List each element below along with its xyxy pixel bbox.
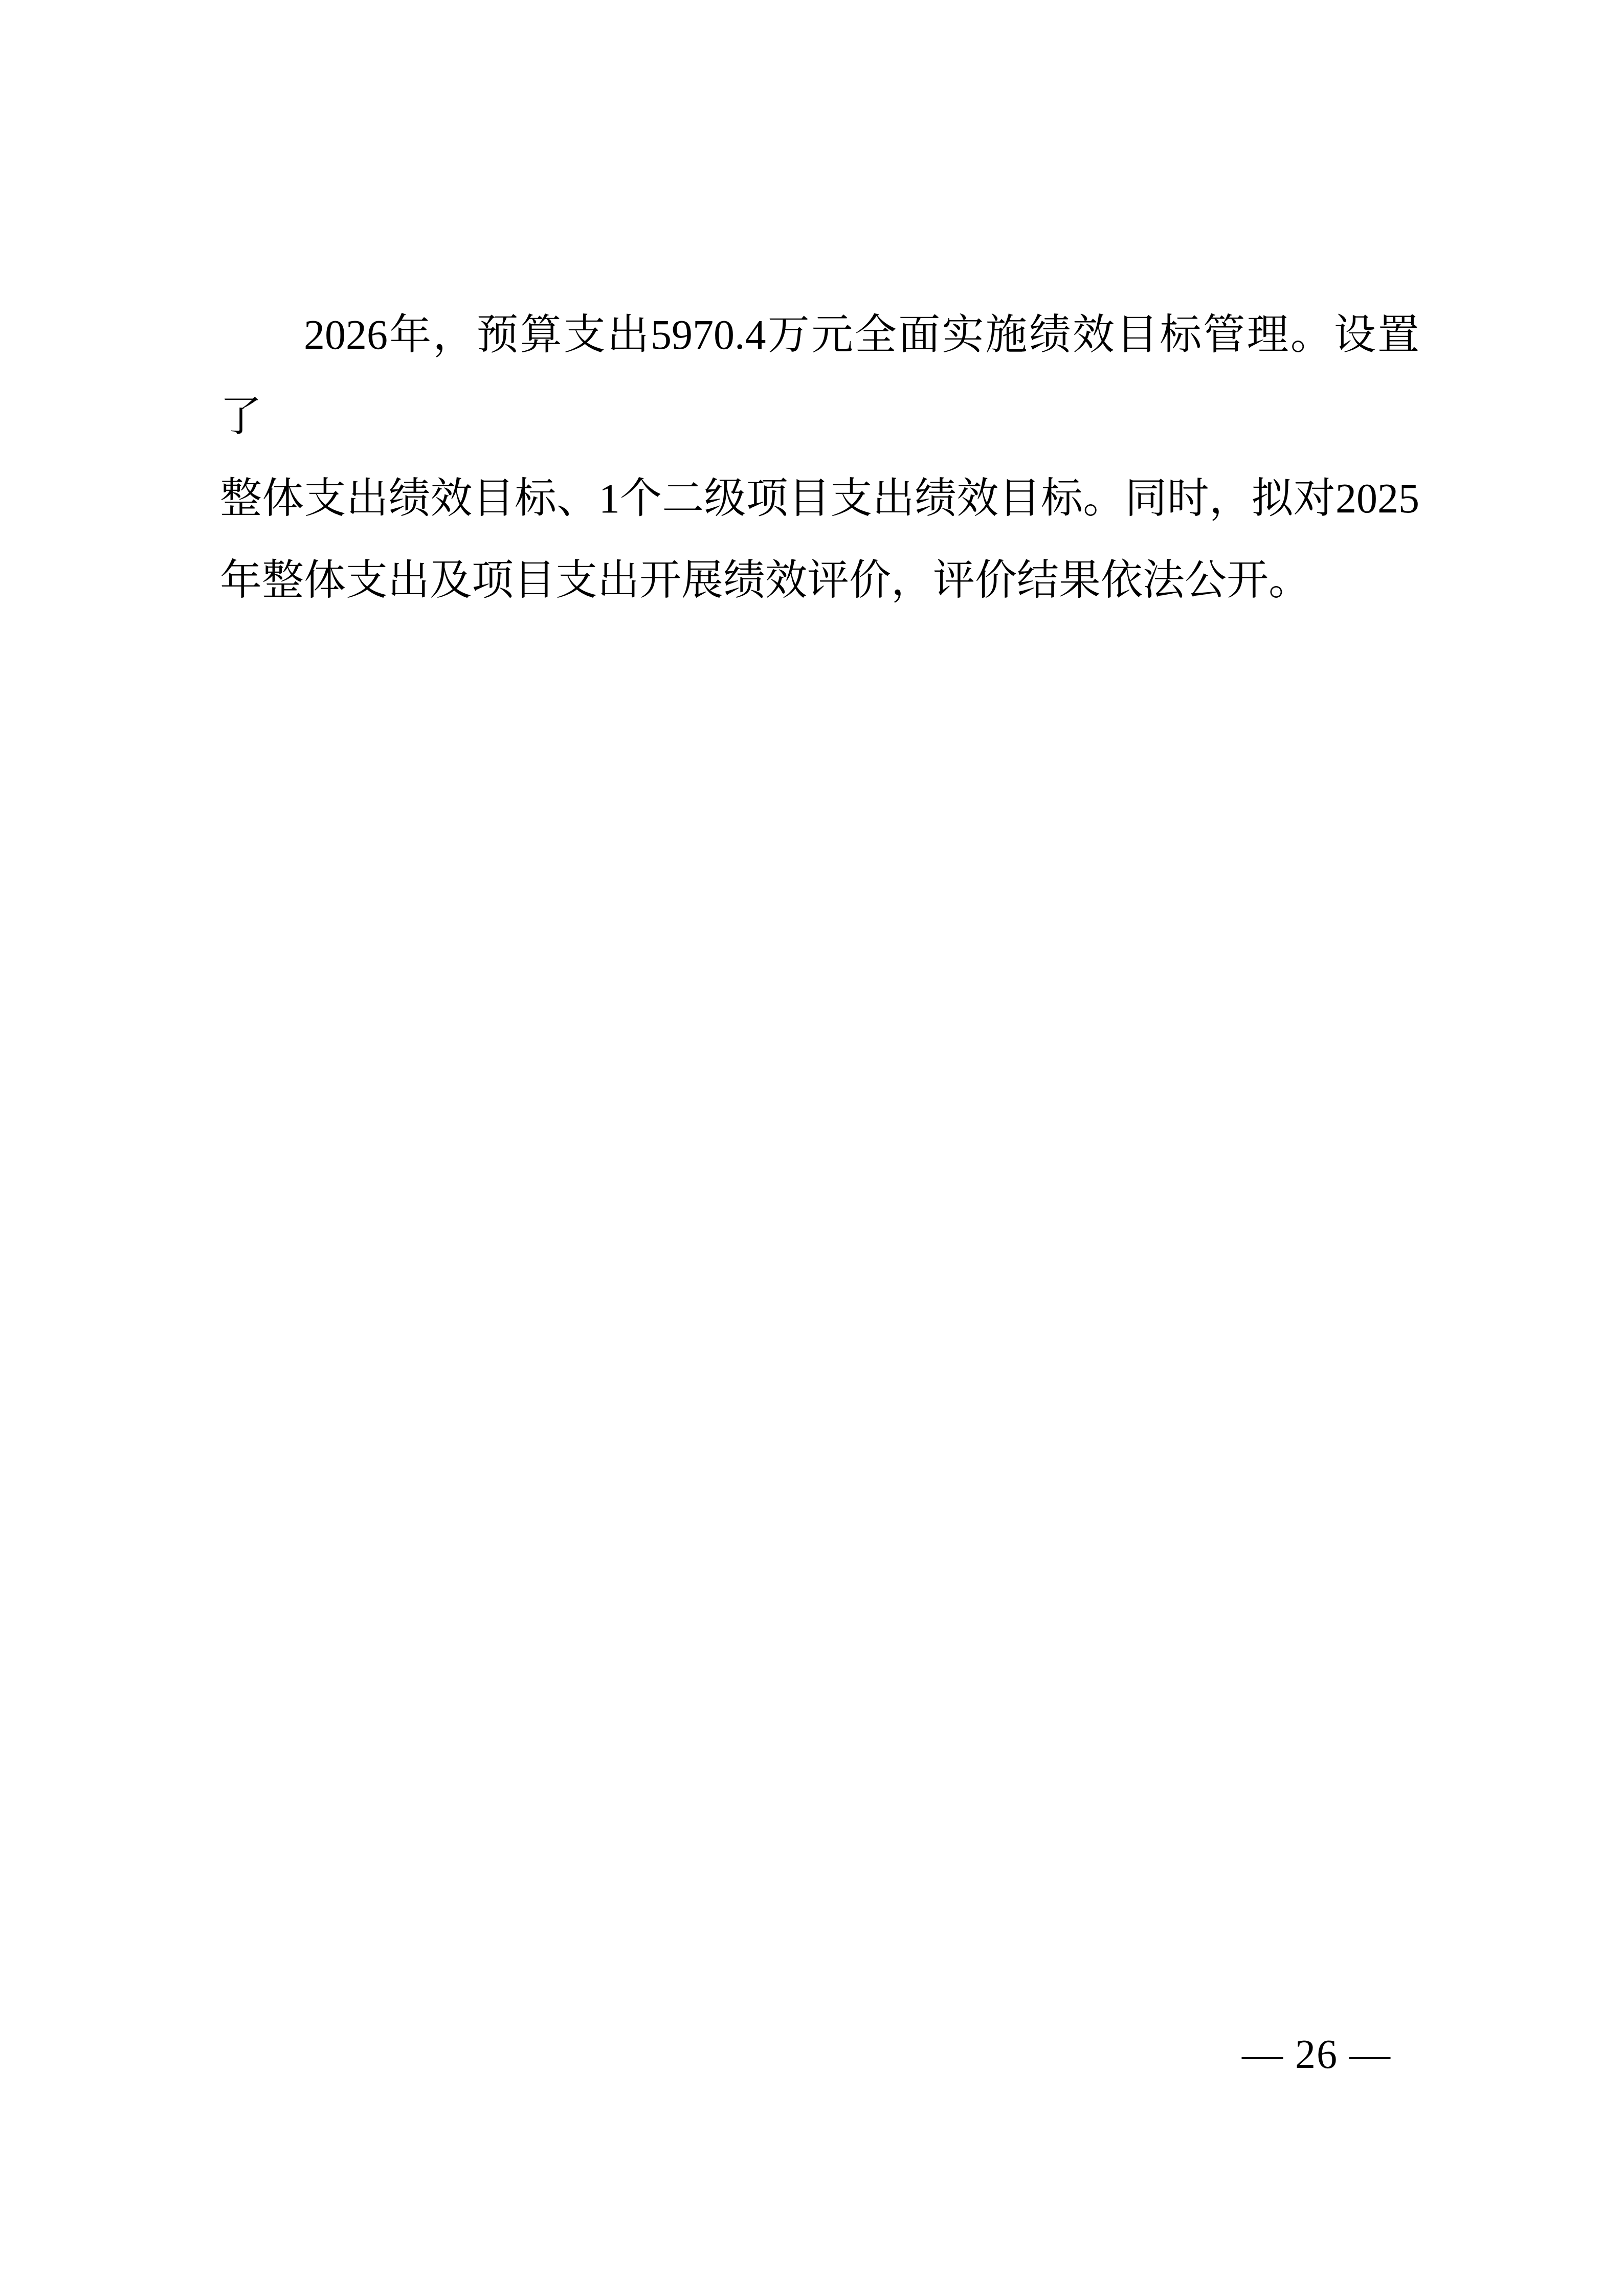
page-number: — 26 —: [1242, 2034, 1391, 2075]
body-paragraph: 2026年，预算支出5970.4万元全面实施绩效目标管理。设置了 整体支出绩效目…: [220, 294, 1419, 621]
paragraph-line-1: 2026年，预算支出5970.4万元全面实施绩效目标管理。设置了: [220, 294, 1419, 458]
paragraph-line-2: 整体支出绩效目标、1个二级项目支出绩效目标。同时，拟对2025: [220, 458, 1419, 539]
document-page: 2026年，预算支出5970.4万元全面实施绩效目标管理。设置了 整体支出绩效目…: [0, 0, 1624, 2296]
paragraph-line-3: 年整体支出及项目支出开展绩效评价，评价结果依法公开。: [220, 539, 1419, 621]
